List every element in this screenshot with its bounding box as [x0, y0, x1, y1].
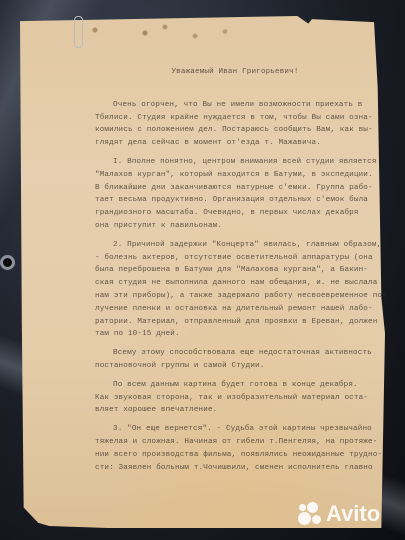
- avito-brand-text: Avito: [326, 501, 380, 527]
- rust-stains: [55, 18, 255, 48]
- paperclip-icon: [74, 16, 83, 48]
- letter-line: нии всего производства фильма, появлялис…: [95, 449, 385, 462]
- letter-line: Тбилиси. Студия крайне нуждается в том, …: [95, 112, 385, 125]
- letter-line: ская студия не выполнила данного нам обе…: [95, 277, 385, 290]
- letter-line: 3. "Он еще вернется". - Судьба этой карт…: [95, 423, 385, 436]
- letter-line: сти: Заявлен больным т.Чочишвили, сменен…: [95, 462, 385, 475]
- letter-line: В ближайшие дни заканчиваются натурные с…: [95, 182, 385, 195]
- letter-line: вляет хорошее впечатление.: [95, 404, 385, 417]
- letter-line: тяжелая и сложная. Начиная от гибели т.П…: [95, 436, 385, 449]
- letter-line: 2. Причиной задержки "Концерта" явилась,…: [95, 239, 385, 252]
- letter-line: комились с положением дел. Постараюсь со…: [95, 124, 385, 137]
- letter-line: Очень огорчен, что Вы не имели возможнос…: [95, 99, 385, 112]
- letter-line: По всем данным картина будет готова в ко…: [95, 379, 385, 392]
- letter-line: там по 10-15 дней.: [95, 328, 385, 341]
- letter-lines: Очень огорчен, что Вы не имели возможнос…: [95, 99, 385, 475]
- letter-line: постановочной группы и самой Студии.: [95, 360, 385, 373]
- letter-line: нам эти приборы), а также задержало рабо…: [95, 290, 385, 303]
- binder-hole: [3, 258, 12, 267]
- letter-body: Уважаемый Иван Григорьевич! Очень огорче…: [95, 66, 385, 474]
- avito-dots-logo-icon: [298, 502, 322, 526]
- letter-line: тает весьма продуктивно. Организация отд…: [95, 194, 385, 207]
- letter-line: "Малахов курган", который находится в Ба…: [95, 169, 385, 182]
- letter-line: Как звуковая сторона, так и изобразитель…: [95, 392, 385, 405]
- letter-line: она приступит к павильонам.: [95, 220, 385, 233]
- letter-line: ратории. Материал, отправленный для проя…: [95, 316, 385, 329]
- letter-line: лучение пленки и остановка на длительный…: [95, 303, 385, 316]
- letter-line: I. Вполне понятно, центром внимания всей…: [95, 156, 385, 169]
- letter-line: была переброшена в Батуми для "Малахова …: [95, 264, 385, 277]
- letter-salutation: Уважаемый Иван Григорьевич!: [85, 66, 385, 79]
- letter-line: - болезнь актеров, отсутствие осветитель…: [95, 252, 385, 265]
- letter-line: грандиозного масштаба. Очевидно, в первы…: [95, 207, 385, 220]
- letter-line: глядят дела сейчас в момент от'езда т. М…: [95, 137, 385, 150]
- letter-line: Всему этому способствовала еще недостато…: [95, 347, 385, 360]
- avito-watermark: Avito: [298, 502, 380, 526]
